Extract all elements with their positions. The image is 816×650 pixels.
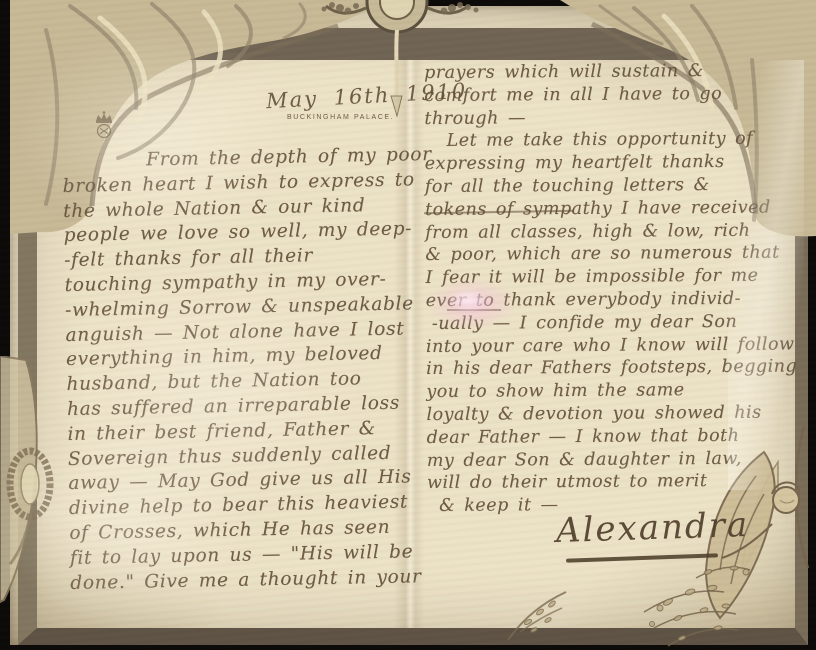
handwritten-line: into your care who I know will follow [426, 333, 798, 358]
letter-page-right: prayers which will sustain &comfort me i… [424, 59, 799, 518]
royal-cypher-icon [93, 111, 115, 143]
handwritten-line: will do their utmost to merit [427, 470, 799, 495]
handwritten-line: I fear it will be impossible for me [425, 265, 797, 290]
handwritten-line: you to show him the same [426, 379, 798, 404]
letter-page-left: From the depth of my poorbroken heart I … [62, 143, 431, 596]
handwritten-line: Let me take this opportunity of [424, 128, 796, 153]
framed-letter-photograph: May 16th 1910 BUCKINGHAM PALACE. From th… [0, 0, 816, 650]
handwritten-line: my dear Son & daughter in law, [427, 447, 799, 472]
ink-underline [447, 309, 501, 311]
handwritten-line: in his dear Fathers footsteps, begging [426, 356, 798, 381]
handwritten-line: comfort me in all I have to go [424, 82, 796, 107]
handwritten-line: expressing my heartfelt thanks [425, 151, 797, 176]
handwritten-line: loyalty & devotion you showed his [426, 401, 798, 426]
handwritten-line: for all the touching letters & [425, 173, 797, 198]
handwritten-line: from all classes, high & low, rich [425, 219, 797, 244]
handwritten-line: prayers which will sustain & [424, 59, 796, 84]
signature: Alexandra [555, 505, 749, 551]
handwritten-line: through — [424, 105, 796, 130]
handwritten-line: tokens of sympathy I have received [425, 196, 797, 221]
handwritten-line: -ually — I confide my dear Son [426, 310, 798, 335]
handwritten-line: & poor, which are so numerous that [425, 242, 797, 267]
letterhead-address: BUCKINGHAM PALACE. [287, 114, 394, 121]
handwritten-line: dear Father — I know that both [427, 424, 799, 449]
